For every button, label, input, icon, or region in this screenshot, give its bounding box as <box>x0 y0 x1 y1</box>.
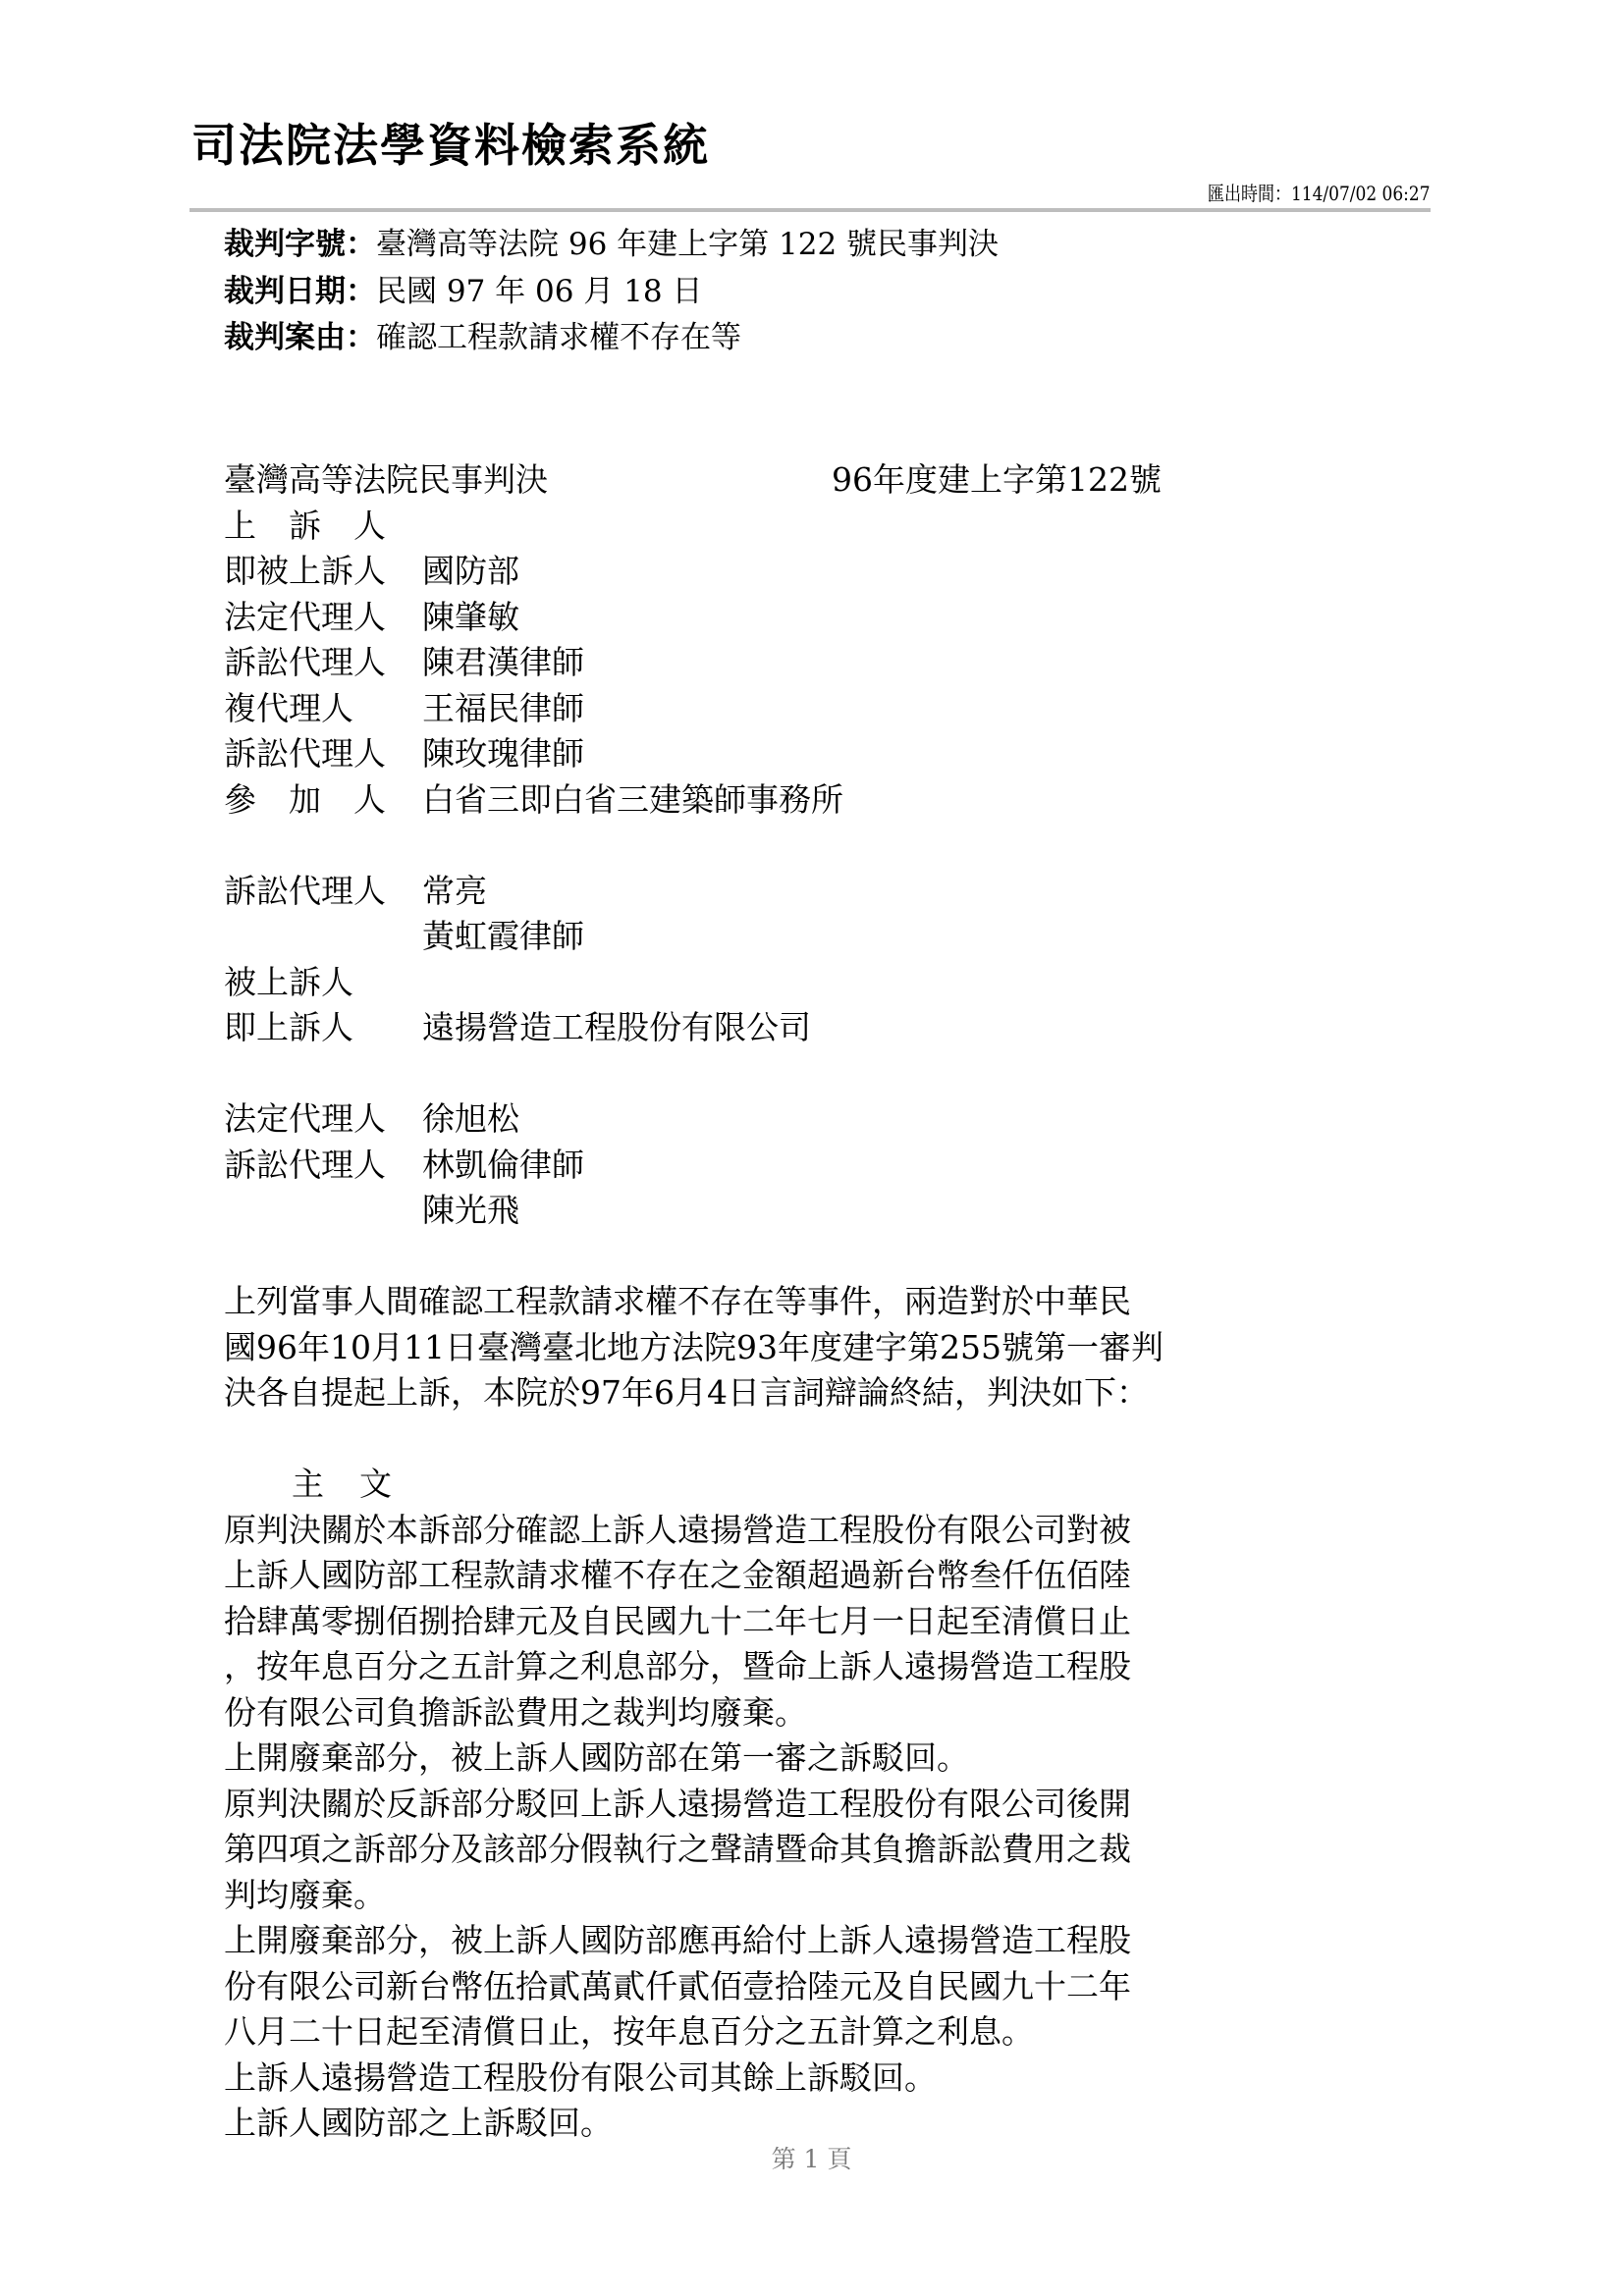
main-text-line: 份有限公司新台幣伍拾貳萬貳仟貳佰壹拾陸元及自民國九十二年 <box>224 1964 1157 2010</box>
party-row: 上 訴 人 <box>224 504 1157 550</box>
party-name: 林凱倫律師 <box>422 1143 584 1189</box>
export-time-label: 匯出時間： <box>1208 182 1291 205</box>
export-time-value: 114/07/02 06:27 <box>1291 182 1431 205</box>
party-row: 複代理人王福民律師 <box>224 686 1157 732</box>
party-name: 徐旭松 <box>422 1096 519 1143</box>
party-name: 白省三即白省三建築師事務所 <box>422 777 843 824</box>
party-name: 陳光飛 <box>422 1188 519 1234</box>
main-text-line: 八月二十日起至清償日止，按年息百分之五計算之利息。 <box>224 2009 1157 2056</box>
case-number: 96年度建上字第122號 <box>832 457 1162 504</box>
court-title: 臺灣高等法院民事判決 <box>224 457 548 504</box>
party-name: 陳肇敏 <box>422 595 519 641</box>
blank-line <box>224 823 1157 869</box>
party-role: 法定代理人 <box>224 1096 422 1143</box>
meta-cause: 裁判案由：確認工程款請求權不存在等 <box>224 315 999 362</box>
party-name: 遠揚營造工程股份有限公司 <box>422 1005 811 1051</box>
main-text-line: 上訴人國防部工程款請求權不存在之金額超過新台幣叁仟伍佰陸 <box>224 1553 1157 1599</box>
meta-case-number: 裁判字號：臺灣高等法院 96 年建上字第 122 號民事判決 <box>224 222 999 269</box>
main-text-line: 原判決關於反訴部分駁回上訴人遠揚營造工程股份有限公司後開 <box>224 1782 1157 1828</box>
party-name: 黃虹霞律師 <box>422 914 584 960</box>
party-row: 訴訟代理人陳玫瑰律師 <box>224 731 1157 777</box>
court-header-line: 臺灣高等法院民事判決 96年度建上字第122號 <box>224 457 1157 504</box>
intro-line: 上列當事人間確認工程款請求權不存在等事件，兩造對於中華民 <box>224 1279 1157 1325</box>
party-row: 訴訟代理人林凱倫律師 <box>224 1143 1157 1189</box>
party-role: 訴訟代理人 <box>224 1143 422 1189</box>
blank-line <box>224 1416 1157 1463</box>
party-name: 陳玫瑰律師 <box>422 731 584 777</box>
party-role: 即上訴人 <box>224 1005 422 1051</box>
intro-line: 國96年10月11日臺灣臺北地方法院93年度建字第255號第一審判 <box>224 1325 1157 1371</box>
party-name: 國防部 <box>422 549 519 595</box>
party-row: 法定代理人陳肇敏 <box>224 595 1157 641</box>
party-row: 法定代理人徐旭松 <box>224 1096 1157 1143</box>
main-heading: 主文 <box>224 1462 1157 1508</box>
meta-case-number-value: 臺灣高等法院 96 年建上字第 122 號民事判決 <box>376 227 999 262</box>
party-role: 訴訟代理人 <box>224 731 422 777</box>
party-row: 即上訴人遠揚營造工程股份有限公司 <box>224 1005 1157 1051</box>
meta-date-label: 裁判日期： <box>224 274 376 309</box>
party-row: 參 加 人白省三即白省三建築師事務所 <box>224 777 1157 824</box>
party-role: 即被上訴人 <box>224 549 422 595</box>
party-role: 法定代理人 <box>224 595 422 641</box>
party-role: 上 訴 人 <box>224 504 422 550</box>
main-text-line: ，按年息百分之五計算之利息部分，暨命上訴人遠揚營造工程股 <box>224 1644 1157 1690</box>
party-row: 被上訴人 <box>224 960 1157 1006</box>
main-text-line: 上開廢棄部分，被上訴人國防部在第一審之訴駁回。 <box>224 1735 1157 1782</box>
intro-line: 決各自提起上訴，本院於97年6月4日言詞辯論終結，判決如下： <box>224 1370 1157 1416</box>
main-text-line: 拾肆萬零捌佰捌拾肆元及自民國九十二年七月一日起至清償日止 <box>224 1599 1157 1645</box>
site-title: 司法院法學資料檢索系統 <box>191 116 710 175</box>
export-time: 匯出時間：114/07/02 06:27 <box>1208 181 1431 206</box>
party-row: 黃虹霞律師 <box>224 914 1157 960</box>
main-text-line: 判均廢棄。 <box>224 1873 1157 1919</box>
judgment-body: 臺灣高等法院民事判決 96年度建上字第122號 上 訴 人 即被上訴人國防部 法… <box>224 457 1157 2147</box>
party-role: 訴訟代理人 <box>224 640 422 686</box>
header-divider <box>189 208 1431 212</box>
party-row: 即被上訴人國防部 <box>224 549 1157 595</box>
main-text-line: 第四項之訴部分及該部分假執行之聲請暨命其負擔訴訟費用之裁 <box>224 1827 1157 1873</box>
blank-line <box>224 1234 1157 1280</box>
party-name: 陳君漢律師 <box>422 640 584 686</box>
blank-line <box>224 1051 1157 1097</box>
main-text-line: 上訴人國防部之上訴駁回。 <box>224 2101 1157 2147</box>
party-row: 訴訟代理人常亮 <box>224 869 1157 915</box>
meta-case-number-label: 裁判字號： <box>224 227 376 262</box>
main-text-line: 上訴人遠揚營造工程股份有限公司其餘上訴駁回。 <box>224 2056 1157 2102</box>
main-text-line: 原判決關於本訴部分確認上訴人遠揚營造工程股份有限公司對被 <box>224 1508 1157 1554</box>
party-role: 被上訴人 <box>224 960 422 1006</box>
meta-date: 裁判日期：民國 97 年 06 月 18 日 <box>224 269 999 316</box>
party-name: 常亮 <box>422 869 487 915</box>
party-role: 複代理人 <box>224 686 422 732</box>
party-row: 陳光飛 <box>224 1188 1157 1234</box>
meta-date-value: 民國 97 年 06 月 18 日 <box>376 274 702 309</box>
party-name: 王福民律師 <box>422 686 584 732</box>
page-number: 第 1 頁 <box>0 2144 1623 2175</box>
party-role: 參 加 人 <box>224 777 422 824</box>
main-text-line: 上開廢棄部分，被上訴人國防部應再給付上訴人遠揚營造工程股 <box>224 1918 1157 1964</box>
party-role: 訴訟代理人 <box>224 869 422 915</box>
party-row: 訴訟代理人陳君漢律師 <box>224 640 1157 686</box>
judgment-meta: 裁判字號：臺灣高等法院 96 年建上字第 122 號民事判決 裁判日期：民國 9… <box>224 222 999 362</box>
meta-cause-label: 裁判案由： <box>224 320 376 355</box>
meta-cause-value: 確認工程款請求權不存在等 <box>376 320 741 355</box>
main-text-line: 份有限公司負擔訴訟費用之裁判均廢棄。 <box>224 1690 1157 1736</box>
